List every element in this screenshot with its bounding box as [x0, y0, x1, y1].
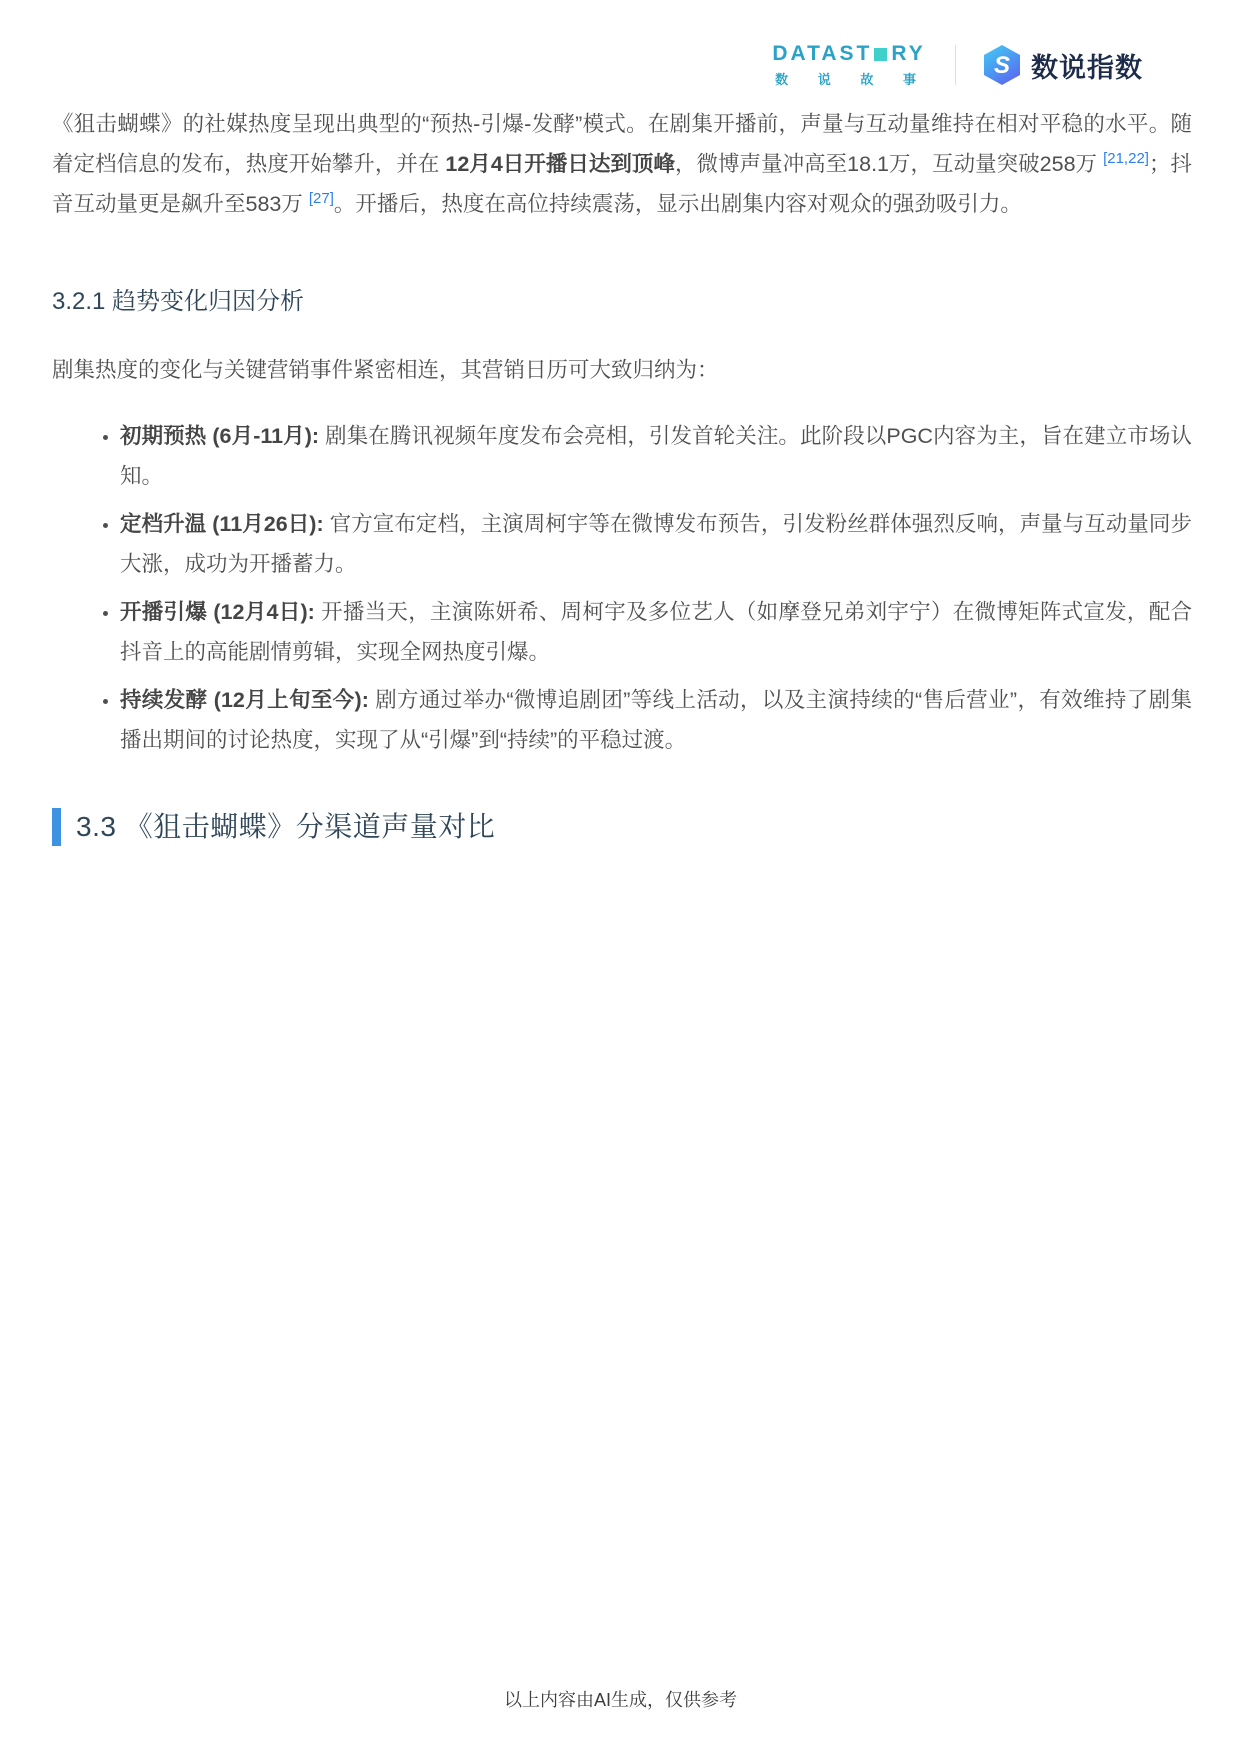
datastory-wordmark-right: RY	[891, 42, 925, 66]
header: DATAST RY 数 说 故 事 S 数说指数	[769, 42, 1143, 88]
list-item: 开播引爆 (12月4日): 开播当天，主演陈妍希、周柯宇及多位艺人（如摩登兄弟刘…	[120, 592, 1192, 672]
list-item: 持续发酵 (12月上旬至今): 剧方通过举办“微博追剧团”等线上活动，以及主演持…	[120, 680, 1192, 760]
logo-divider	[955, 45, 956, 85]
bullet-lead: 定档升温 (11月26日):	[120, 512, 324, 536]
bullet-lead: 初期预热 (6月-11月):	[120, 424, 319, 448]
list-item: 定档升温 (11月26日): 官方宣布定档，主演周柯宇等在微博发布预告，引发粉丝…	[120, 504, 1192, 584]
footer-disclaimer: 以上内容由AI生成，仅供参考	[0, 1687, 1241, 1713]
datastory-wordmark: DATAST RY	[772, 42, 925, 66]
citation-21-22[interactable]: [21,22]	[1103, 150, 1149, 167]
brand-name: 数说指数	[1031, 46, 1143, 85]
datastory-wordmark-left: DATAST	[772, 42, 872, 66]
section-3-3-title: 3.3 《狙击蝴蝶》分渠道声量对比	[76, 808, 495, 846]
datastory-chinese-name: 数 说 故 事	[769, 69, 929, 88]
accent-bar	[52, 808, 61, 846]
peak-date-bold: 12月4日开播日达到顶峰	[445, 152, 675, 176]
report-page: DATAST RY 数 说 故 事 S 数说指数	[0, 0, 1241, 1756]
hexagon-s-icon: S	[982, 44, 1022, 86]
section-3-3-heading: 3.3 《狙击蝴蝶》分渠道声量对比	[52, 808, 1192, 846]
intro-paragraph: 《狙击蝴蝶》的社媒热度呈现出典型的“预热-引爆-发酵”模式。在剧集开播前，声量与…	[52, 104, 1192, 224]
calendar-intro-paragraph: 剧集热度的变化与关键营销事件紧密相连，其营销日历可大致归纳为：	[52, 350, 1192, 390]
section-3-2-1-title: 3.2.1 趋势变化归因分析	[52, 286, 1192, 318]
marketing-calendar-list: 初期预热 (6月-11月): 剧集在腾讯视频年度发布会亮相，引发首轮关注。此阶段…	[52, 416, 1192, 760]
datastory-square-icon	[874, 48, 887, 61]
main-content: 《狙击蝴蝶》的社媒热度呈现出典型的“预热-引爆-发酵”模式。在剧集开播前，声量与…	[52, 104, 1192, 846]
bullet-lead: 开播引爆 (12月4日):	[120, 600, 315, 624]
citation-27[interactable]: [27]	[309, 190, 334, 207]
intro-text-4: 。开播后，热度在高位持续震荡，显示出剧集内容对观众的强劲吸引力。	[334, 192, 1022, 216]
list-item: 初期预热 (6月-11月): 剧集在腾讯视频年度发布会亮相，引发首轮关注。此阶段…	[120, 416, 1192, 496]
intro-text-2: ，微博声量冲高至18.1万，互动量突破258万	[675, 152, 1103, 176]
svg-text:S: S	[994, 52, 1010, 79]
shushuo-index-logo: S 数说指数	[982, 44, 1143, 86]
datastory-logo: DATAST RY 数 说 故 事	[769, 42, 929, 88]
bullet-lead: 持续发酵 (12月上旬至今):	[120, 688, 369, 712]
